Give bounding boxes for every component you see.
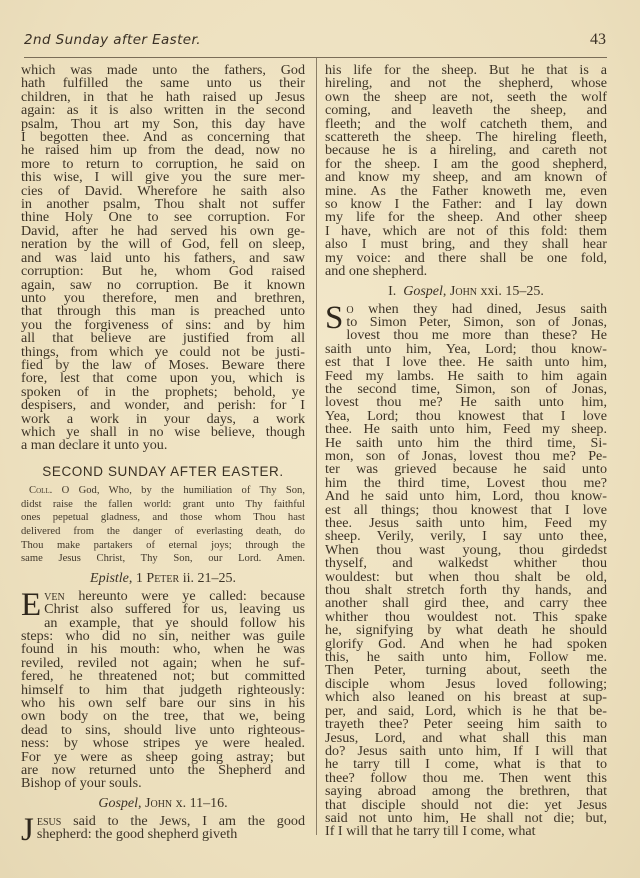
text-line: lovest thou me more than these? He (346, 329, 607, 342)
text-line: ESUS said to the Jews, I am the good (37, 815, 305, 828)
text-line: he tarry till I come, what is that to (325, 758, 607, 771)
epistle-text: EVEN hereunto were ye called: becauseChr… (21, 590, 305, 791)
text-line: hireling, and not the shepherd, whose (325, 77, 607, 90)
text-line: psalm, Thou art my Son, this day have (21, 118, 305, 131)
text-line: wouldest: but when thou shalt be old, (325, 571, 607, 584)
epistle-reference: Epistle, 1 Peter ii. 21–25. (21, 571, 305, 587)
text-line: in another psalm, Thou shalt not suffer (21, 198, 305, 211)
text-line: and was laid unto his fathers, and saw (21, 252, 305, 265)
text-line: ness: by whose stripes ye were healed. (21, 737, 305, 750)
text-line: children, in that he hath raised up Jesu… (21, 91, 305, 104)
text-line: coming, and leaveth the sheep, and (325, 104, 607, 117)
text-line: a man declare it unto you. (21, 439, 305, 452)
text-line: also I must bring, and they shall hear (325, 238, 607, 251)
text-line: do? Jesus saith unto him, If I will that (325, 745, 607, 758)
left-column: which was made unto the fathers, Godhath… (21, 64, 305, 844)
text-line: thine Holy One to see corruption. For (21, 211, 305, 224)
text-line: When thou wast young, thou girdedst (325, 544, 607, 557)
alt-gospel-number: I. (388, 284, 396, 299)
text-line: this wise, I will give you the sure mer- (21, 171, 305, 184)
text-line: the second time, Simon, son of Jonas, (325, 383, 607, 396)
text-line: he, signifying by what death he should (325, 624, 607, 637)
alt-gospel-label: Gospel (403, 284, 443, 299)
collect-line: ones pepetual gladness, and those whom T… (21, 511, 305, 525)
text-line: trayeth thee? Peter seeing him saith to (325, 718, 607, 731)
running-title: 2nd Sunday after Easter. (24, 32, 201, 48)
gospel-label: Gospel (98, 796, 138, 811)
text-line: scattereth the sheep. The hireling fleet… (325, 131, 607, 144)
text-line: work a work in your days, a work (21, 413, 305, 426)
collect-line: Coll. O God, Who, by the humiliation of … (21, 484, 305, 498)
text-line: Bishop of your souls. (21, 777, 305, 790)
text-line: thou shalt stretch forth thy hands, and (325, 584, 607, 597)
drop-cap: E (21, 592, 41, 619)
text-line: reviled, reviled not again; when he suf- (21, 657, 305, 670)
collect-line: Thou make partakers of eternal joys; thr… (21, 539, 305, 553)
text-line: him the third time, Lovest thou me? (325, 477, 607, 490)
alt-gospel-verses: xxi. 15–25. (481, 284, 544, 299)
gospel-text: JESUS said to the Jews, I am the goodshe… (21, 815, 305, 842)
text-line: another shall gird thee, and carry thee (325, 597, 607, 610)
text-line: O when they had dined, Jesus saith (346, 303, 607, 316)
text-line: hath fulfilled the same unto us their (21, 77, 305, 90)
continued-epistle-text: which was made unto the fathers, Godhath… (21, 64, 305, 453)
page-number: 43 (590, 31, 606, 49)
alt-gospel-reference: I. Gospel, John xxi. 15–25. (325, 284, 607, 300)
text-line: neration by the will of God, fell on sle… (21, 238, 305, 251)
collect-line: didst raise the fallen world: grant unto… (21, 498, 305, 512)
first-word: ESUS (37, 815, 61, 828)
collect-line: same Jesus Christ, Thy Son, our Lord. Am… (21, 552, 305, 566)
text-line: so know I the Father: and I lay down (325, 198, 607, 211)
drop-cap: S (325, 305, 343, 332)
text-line: Christ also suffered for us, leaving us (44, 603, 305, 616)
epistle-label: Epistle (90, 571, 129, 586)
text-line: steps: who did no sin, neither was guile (21, 630, 305, 643)
text-line: If I will that he tarry till I come, wha… (325, 825, 607, 838)
text-line: my voice: and there shall be one fold, (325, 252, 607, 265)
right-column: his life for the sheep. But he that is a… (325, 64, 607, 839)
section-heading: SECOND SUNDAY AFTER EASTER. (21, 465, 305, 478)
running-head: 2nd Sunday after Easter. 43 (24, 32, 606, 52)
text-line: thee? follow thou me. Then went this (325, 772, 607, 785)
text-line: you the forgiveness of sins: and by him (21, 319, 305, 332)
text-line: more to return to corruption, he said on (21, 158, 305, 171)
text-line: I have, which are not of this fold: them (325, 225, 607, 238)
epistle-book: 1 Peter (136, 571, 179, 586)
text-line: found in his mouth: who, when he was (21, 643, 305, 656)
text-line: Feed my lambs. He saith to him again (325, 370, 607, 383)
text-line: fleeth; and the wolf catcheth them, and (325, 118, 607, 131)
text-line: He saith unto him the third time, Si- (325, 437, 607, 450)
text-line: sheep. Verily, verily, I say unto thee, (325, 530, 607, 543)
text-line: shepherd: the good shepherd giveth (37, 828, 305, 841)
text-line: and one shepherd. (325, 265, 607, 278)
text-line: which also leaned on his breast at sup- (325, 691, 607, 704)
text-line: all that believe are justified from all (21, 332, 305, 345)
text-line: saying abroad among the brethren, that (325, 785, 607, 798)
book-page: 2nd Sunday after Easter. 43 which was ma… (0, 0, 640, 878)
text-line: are now returned unto the Shepherd and (21, 764, 305, 777)
text-line: which was made unto the fathers, God (21, 64, 305, 77)
text-line: per, and said, Lord, which is he that be… (325, 705, 607, 718)
text-line: thee. Jesus saith unto him, Feed my (325, 517, 607, 530)
alt-gospel-text: SO when they had dined, Jesus saithto Si… (325, 303, 607, 839)
text-line: For ye were as sheep going astray; but (21, 751, 305, 764)
text-line: again: as it is also written in the seco… (21, 104, 305, 117)
text-line: this, he saith unto him, Follow me. (325, 651, 607, 664)
text-line: Yea, Lord; thou knowest that I love (325, 410, 607, 423)
text-line: because he is a hireling, and careth not (325, 144, 607, 157)
first-word: VEN (44, 590, 65, 603)
text-line: again, saw no corruption. Be it known (21, 279, 305, 292)
text-line: own body on the tree, that we, being (21, 710, 305, 723)
epistle-verses: ii. 21–25. (183, 571, 236, 586)
text-line: himself to him that judgeth righteously: (21, 684, 305, 697)
collect: Coll. O God, Who, by the humiliation of … (21, 484, 305, 566)
text-line: David, after he had served his own ge- (21, 225, 305, 238)
text-line: that disciple should not die: yet Jesus (325, 799, 607, 812)
text-line: cies of David. Wherefore he saith also (21, 185, 305, 198)
text-line: thee. He saith unto him, Feed my sheep. (325, 423, 607, 436)
text-line: said not unto him, He shall not die; but… (325, 812, 607, 825)
text-line: VEN hereunto were ye called: because (44, 590, 305, 603)
text-line: Then Peter, turning about, seeth the (325, 664, 607, 677)
text-line: corruption: But he, whom God raised (21, 265, 305, 278)
text-line: whither thou wouldest not. This spake (325, 611, 607, 624)
text-line: own the sheep are not, seeth the wolf (325, 91, 607, 104)
first-word: O (346, 303, 353, 316)
column-divider (316, 58, 317, 835)
text-line: unto you therefore, men and brethren, (21, 292, 305, 305)
text-line: that through this man is preached unto (21, 305, 305, 318)
text-line: dead to sins, should live unto righteous… (21, 724, 305, 737)
text-line: glorify God. And when he had spoken (325, 638, 607, 651)
text-line: an example, that ye should follow his (44, 617, 305, 630)
text-line: mine. As the Father knoweth me, even (325, 185, 607, 198)
text-line: disciple whom Jesus loved following; (325, 678, 607, 691)
text-line: he raised him up from the dead, now no (21, 144, 305, 157)
text-line: ter was grieved because he said unto (325, 463, 607, 476)
text-line: to Simon Peter, Simon, son of Jonas, (346, 316, 607, 329)
text-line: thyself, and walkedst whither thou (325, 557, 607, 570)
text-line: spoken of in the prophets; behold, ye (21, 386, 305, 399)
gospel-verses: x. 11–16. (176, 796, 228, 811)
text-line: saith unto him, Yea, Lord; thou know- (325, 343, 607, 356)
text-line: which ye shall in no wise believe, thoug… (21, 426, 305, 439)
text-line: his life for the sheep. But he that is a (325, 64, 607, 77)
text-line: fered, he threatened not; but committed (21, 670, 305, 683)
gospel-reference: Gospel, John x. 11–16. (21, 796, 305, 812)
collect-label: Coll. (29, 485, 62, 496)
text-line: who his own self bare our sins in his (21, 697, 305, 710)
text-line: Jesus, Lord, and what shall this man (325, 732, 607, 745)
text-line: mon, son of Jonas, lovest thou me? Pe- (325, 450, 607, 463)
text-line: fied by the law of Moses. Beware there (21, 359, 305, 372)
text-line: lovest thou me? He saith unto him, (325, 396, 607, 409)
gospel-book: John (145, 796, 172, 811)
continued-gospel-text: his life for the sheep. But he that is a… (325, 64, 607, 279)
text-line: and know my sheep, and am known of (325, 171, 607, 184)
text-line: And he said unto him, Lord, thou know- (325, 490, 607, 503)
alt-gospel-book: John (450, 284, 477, 299)
text-line: my life for the sheep. And other sheep (325, 211, 607, 224)
drop-cap: J (21, 817, 34, 844)
text-line: despisers, and wonder, and perish: for I (21, 399, 305, 412)
collect-line: delivered from the danger of everlasting… (21, 525, 305, 539)
text-line: I begotten thee. And as concerning that (21, 131, 305, 144)
text-line: est that I love thee. He saith unto him, (325, 356, 607, 369)
text-line: fore, lest that come upon you, which is (21, 372, 305, 385)
text-line: things, from which ye could not be justi… (21, 346, 305, 359)
text-line: est all things; thou knowest that I love (325, 504, 607, 517)
text-line: for the sheep. I am the good shepherd, (325, 158, 607, 171)
